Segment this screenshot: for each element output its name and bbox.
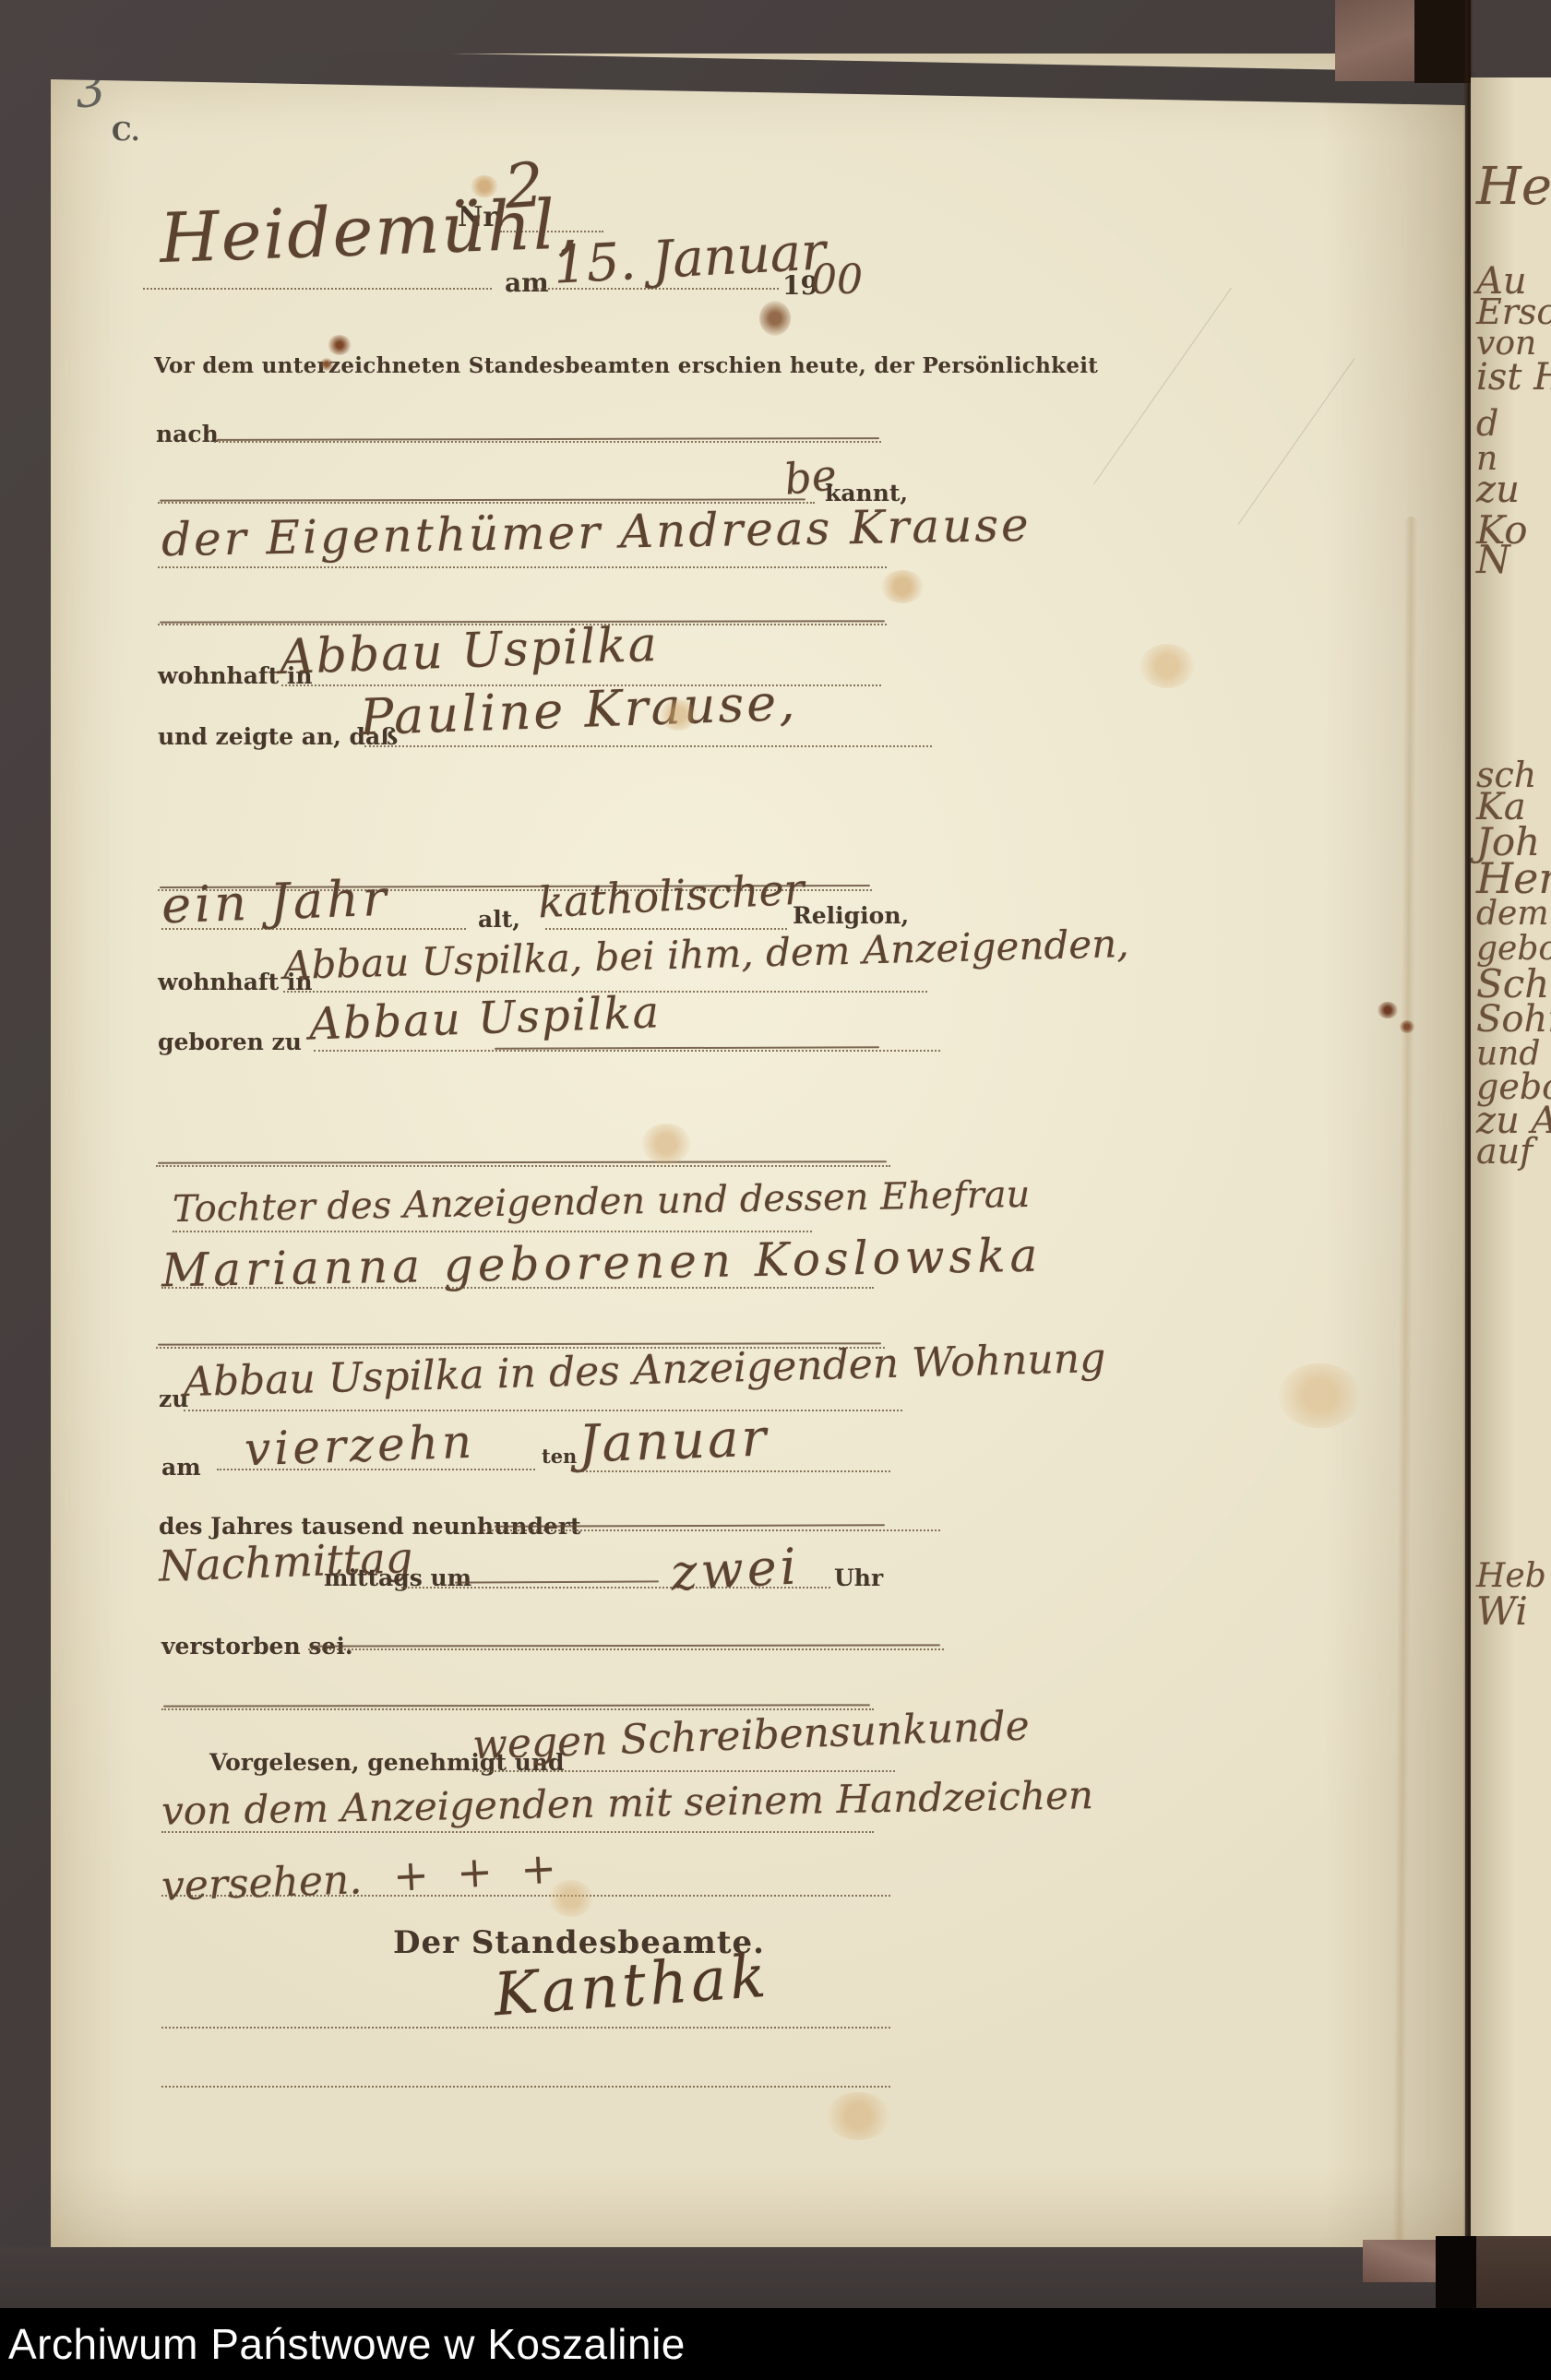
death-place-handwritten: Abbau Uspilka in des Anzeigenden Wohnung [184,1335,1106,1406]
declarant-handwritten: der Eigenthümer Andreas Krause [161,498,1032,566]
archive-footer-bar: Archiwum Państwowe w Koszalinie [0,2308,1551,2380]
book-cover-edge [1476,2236,1551,2308]
dotted-line [156,1165,890,1167]
paper-stain [471,175,498,197]
script-fragment: N [1476,537,1510,582]
dotted-line [161,1831,874,1833]
dotted-line [217,1469,535,1470]
script-fragment: auf [1476,1131,1533,1172]
background-bottom-band [0,2247,1551,2308]
paper-stain [759,301,791,336]
paper-stain [1278,1363,1361,1428]
death-day-handwritten: vierzehn [244,1415,476,1477]
death-month-handwritten: Januar [578,1408,770,1474]
script-fragment: dem [1476,895,1549,933]
dotted-line [533,288,779,290]
closing-handwritten-2: von dem Anzeigenden mit seinem Handzeich… [161,1772,1094,1834]
binding-gap-bottom [1436,2236,1480,2308]
script-fragment: Wi [1476,1589,1528,1634]
archive-name-label: Archiwum Państwowe w Koszalinie [0,2319,686,2369]
dotted-line [161,928,466,930]
script-fragment: Hei [1476,157,1551,217]
right-page: HeiAuErschvonist HdnzuKoNschKaJohHerdemg… [1471,77,1551,2249]
dotted-line [184,1410,902,1411]
dotted-line [161,1287,874,1289]
nach-label: nach [156,421,219,447]
dotted-line [161,2086,890,2088]
uhr-label: Uhr [834,1565,883,1591]
parents-line1-handwritten: Tochter des Anzeigenden und dessen Ehefr… [173,1173,1031,1231]
closing-handwritten-3: versehen. [161,1856,363,1910]
paper-stain [1378,1002,1398,1018]
paper-crease [1237,358,1354,525]
ink-strike-line [495,1524,885,1527]
paper-stain [549,1880,593,1917]
deceased-residence-handwritten: Abbau Uspilka, bei ihm, dem Anzeigenden, [283,921,1130,988]
script-fragment: zu [1476,469,1520,511]
declarant-residence-handwritten: Abbau Uspilka [279,617,660,685]
closing-handwritten-1: wegen Schreibensunkunde [471,1702,1030,1768]
left-page: 3 C. Nr. 2 Heidemühl, am 15. Januar 19 0… [51,54,1465,2253]
dotted-line [483,1529,940,1531]
ink-strike-line [163,1704,870,1707]
paper-stain [881,570,924,603]
dotted-line [364,745,932,747]
paper-stain [1139,644,1195,688]
binding-ribbon-top [1335,0,1414,81]
binding-ribbon-bottom [1363,2240,1440,2282]
death-am-label: am [161,1454,201,1481]
dotted-line [545,928,787,930]
dotted-line [161,1708,874,1710]
intro-text: Vor dem unterzeichneten Standesbeamten e… [154,353,1098,378]
dotted-line [161,1895,890,1897]
dotted-line [308,1648,944,1650]
script-fragment: ist H [1476,356,1551,399]
dotted-line [143,288,492,290]
dotted-line [472,1770,895,1772]
paper-stain [641,1124,691,1164]
dotted-line [161,2027,890,2029]
religion-handwritten: katholischer [537,863,805,927]
hour-handwritten: zwei [669,1537,801,1601]
handmarks-crosses: + + + [392,1842,565,1901]
paper-stain [826,2092,890,2140]
paper-stain [660,699,697,731]
date-am-label: am [505,268,549,298]
ink-strike-line [455,1580,659,1583]
ten-label: ten [542,1445,577,1468]
paper-crease [1093,288,1232,485]
paper-stain [328,335,352,355]
binding-gap-top [1414,0,1471,83]
ink-strike-line [158,1160,887,1163]
scanned-record-page: 3 C. Nr. 2 Heidemühl, am 15. Januar 19 0… [0,0,1551,2380]
birthplace-handwritten: Abbau Uspilka [308,986,662,1050]
ink-strike-line [310,1644,940,1647]
religion-label: Religion, [793,902,909,929]
born-label: geboren zu [158,1029,302,1055]
age-handwritten: ein Jahr [161,869,391,935]
dotted-line [158,566,887,568]
alt-label: alt, [478,906,520,933]
dotted-line [314,1050,940,1052]
paper-stain [320,358,333,371]
dotted-line [574,1470,890,1472]
year-handwritten: 00 [811,256,863,303]
script-fragment: d [1476,403,1498,444]
section-letter: C. [112,118,139,147]
dotted-line [173,1231,812,1232]
dotted-line [214,441,881,443]
place-name-handwritten: Heidemühl, [159,184,582,279]
